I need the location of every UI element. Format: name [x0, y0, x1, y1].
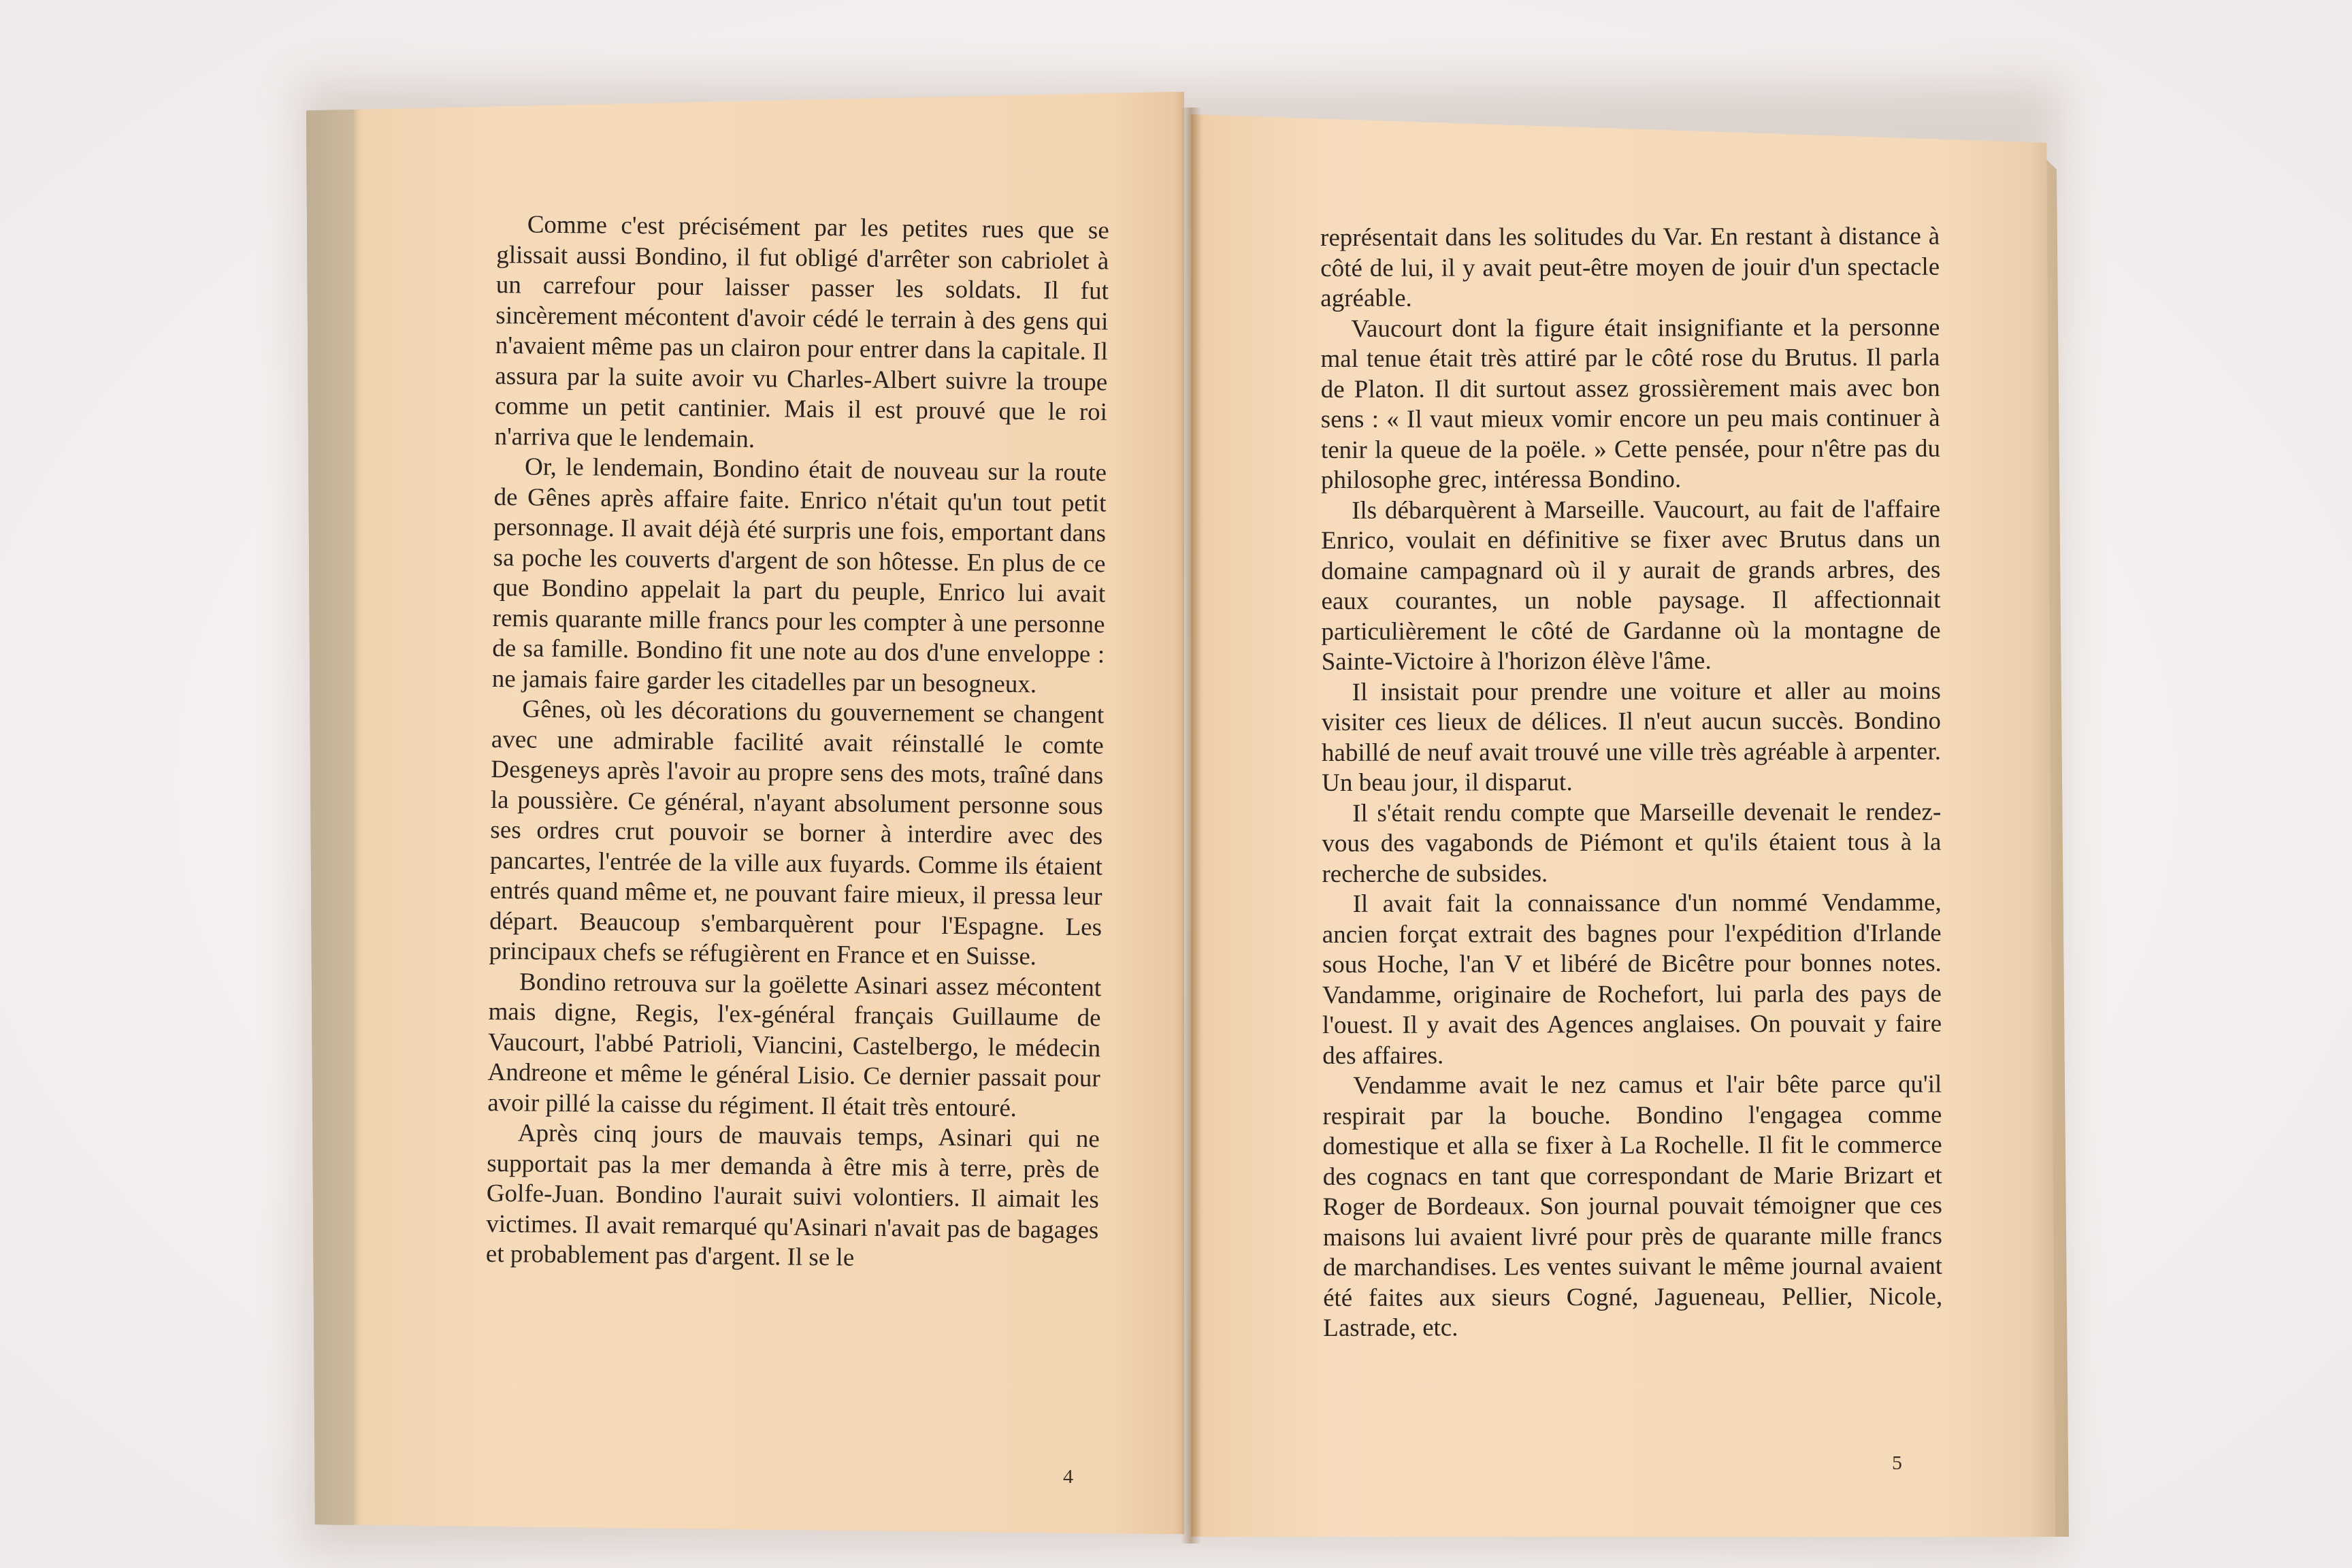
paragraph: Il avait fait la connaissance d'un nommé…: [1322, 888, 1942, 1071]
paragraph: Il s'était rendu compte que Marseille de…: [1322, 797, 1941, 889]
open-book: Comme c'est précisément par les petites …: [306, 94, 2055, 1550]
paragraph: représentait dans les solitudes du Var. …: [1320, 222, 1940, 314]
paragraph: Vaucourt dont la figure était insignifia…: [1320, 312, 1940, 495]
paragraph: Ils débarquèrent à Marseille. Vaucourt, …: [1321, 494, 1941, 677]
paragraph: Bondino retrouva sur la goëlette Asinari…: [487, 966, 1101, 1124]
paragraph: Après cinq jours de mauvais temps, Asina…: [486, 1118, 1100, 1276]
right-page-text: représentait dans les solitudes du Var. …: [1320, 222, 1942, 1344]
book-gutter: [1181, 108, 1201, 1543]
paragraph: Gênes, où les décorations du gouvernemen…: [489, 694, 1104, 973]
page-number-right: 5: [1892, 1452, 1902, 1475]
paragraph: Il insistait pour prendre une voiture et…: [1322, 676, 1941, 798]
paragraph: Vendamme avait le nez camus et l'air bêt…: [1322, 1070, 1942, 1344]
paragraph: Or, le lendemain, Bondino était de nouve…: [492, 452, 1107, 700]
paragraph: Comme c'est précisément par les petites …: [494, 210, 1109, 458]
cover-edge: [306, 96, 354, 1539]
page-number-left: 4: [1063, 1465, 1073, 1488]
left-page-text: Comme c'est précisément par les petites …: [486, 210, 1109, 1276]
